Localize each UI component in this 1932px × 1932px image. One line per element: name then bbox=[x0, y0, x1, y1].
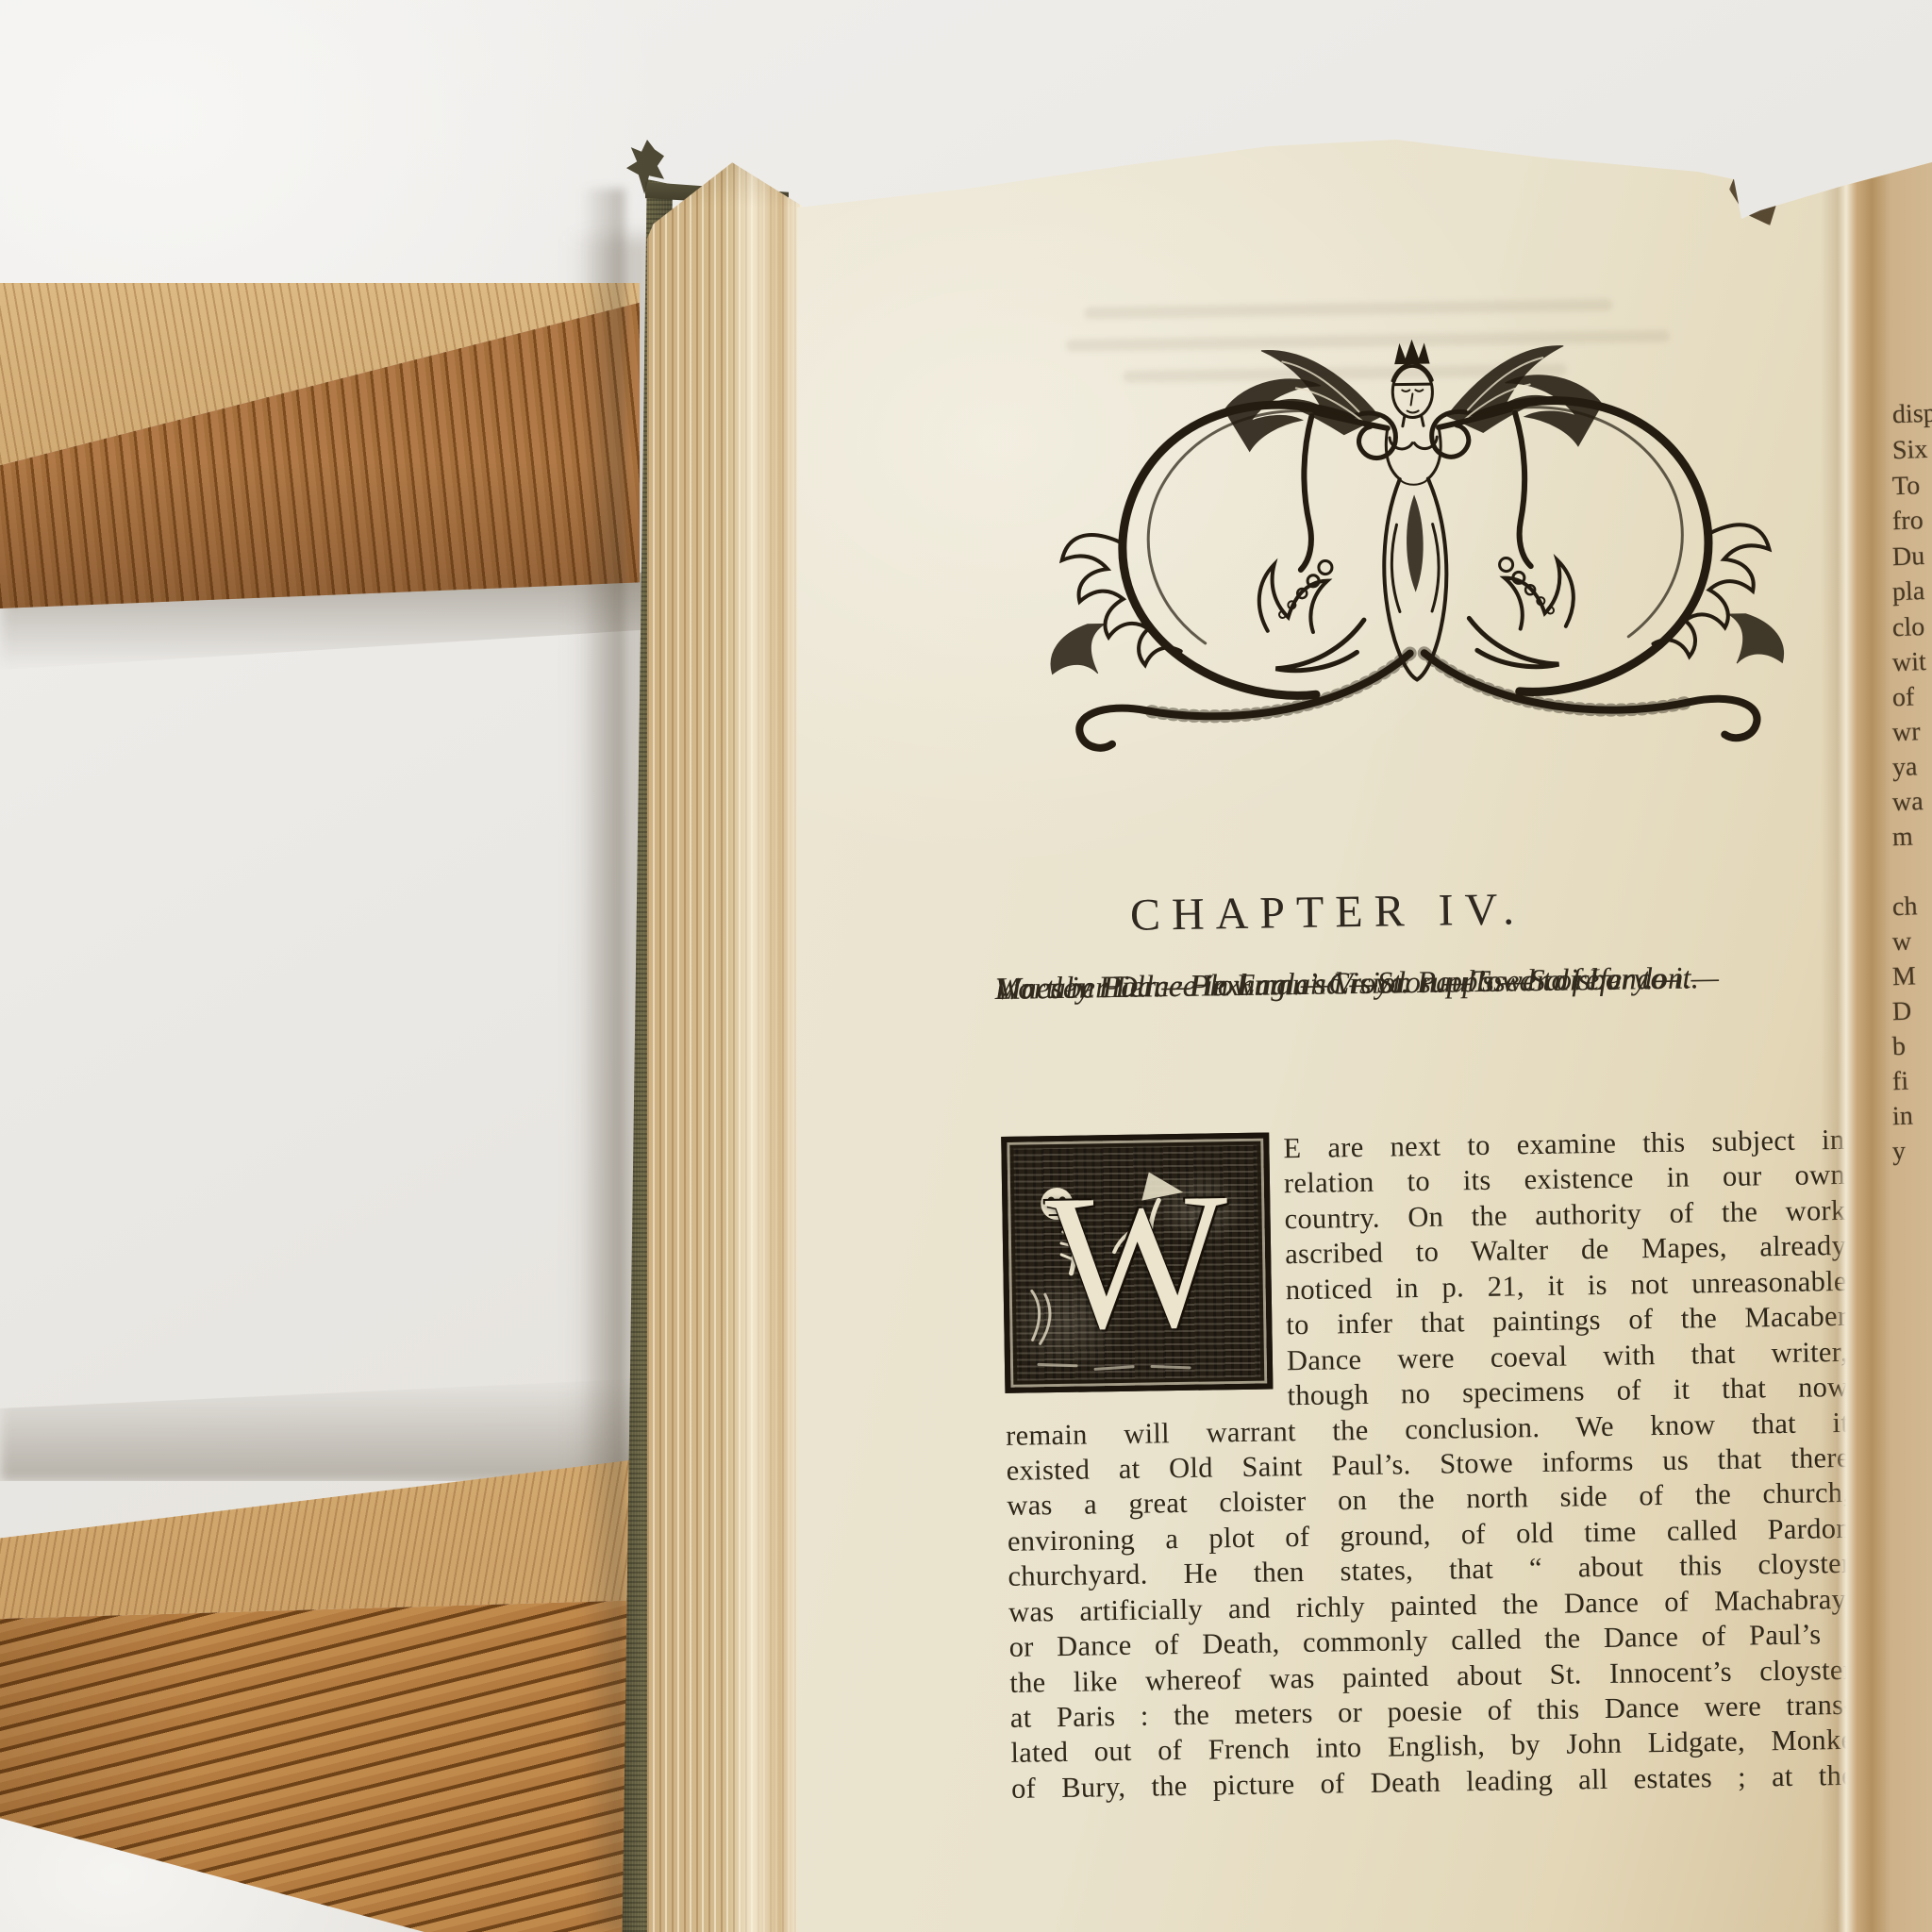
facing-page-fragment: Six bbox=[1891, 435, 1932, 465]
open-book-page: CHAPTER IV. Macaber Dance in England.—St… bbox=[797, 113, 1932, 1932]
fanned-page-edges bbox=[647, 123, 802, 1932]
facing-page-fragment: Du bbox=[1891, 541, 1932, 572]
chapter-summary: Macaber Dance in England.—St. Paul’s.—Sa… bbox=[994, 956, 1843, 969]
bottom-wood-beam bbox=[0, 1457, 653, 1932]
book-photo-scene: CHAPTER IV. Macaber Dance in England.—St… bbox=[0, 0, 1932, 1932]
body-text: E are next to examine this subject in re… bbox=[1001, 1123, 1855, 1807]
facing-page-fragment: of bbox=[1891, 682, 1932, 712]
facing-page-fragment: wa bbox=[1891, 787, 1932, 817]
book-shadow bbox=[581, 189, 625, 1932]
top-wood-beam bbox=[0, 283, 640, 608]
facing-page-fragment: pla bbox=[1891, 576, 1932, 607]
chapter-summary-line: Lines in Pierce Plowman’s Vision suppose… bbox=[994, 958, 1699, 1010]
facing-page-fragment: b bbox=[1891, 1031, 1932, 1061]
facing-page-fragment: ch bbox=[1891, 891, 1932, 922]
facing-page-fragment: y bbox=[1891, 1136, 1932, 1166]
facing-page-fragment: D bbox=[1891, 996, 1932, 1026]
chapter-heading: CHAPTER IV. bbox=[874, 879, 1781, 945]
facing-page-fragment: M bbox=[1891, 961, 1932, 991]
facing-page-fragment: fro bbox=[1891, 506, 1932, 536]
facing-page-fragment: in bbox=[1891, 1101, 1932, 1131]
facing-page-fragment: m bbox=[1891, 822, 1932, 852]
chapter-headpiece-engraving bbox=[1026, 328, 1805, 759]
facing-page-fragment: w bbox=[1891, 926, 1932, 957]
facing-page-fragment: ya bbox=[1891, 752, 1932, 782]
showthrough-line bbox=[1084, 299, 1612, 320]
facing-page-fragment: disp bbox=[1891, 399, 1932, 429]
facing-page-fragment: clo bbox=[1891, 612, 1932, 642]
facing-page-fragment: fi bbox=[1891, 1066, 1932, 1096]
facing-page-fragment: wr bbox=[1891, 717, 1932, 747]
facing-page-fragment: To bbox=[1891, 471, 1932, 501]
printed-page-content: CHAPTER IV. Macaber Dance in England.—St… bbox=[779, 98, 1932, 1932]
facing-page-fragment: wit bbox=[1891, 647, 1932, 677]
